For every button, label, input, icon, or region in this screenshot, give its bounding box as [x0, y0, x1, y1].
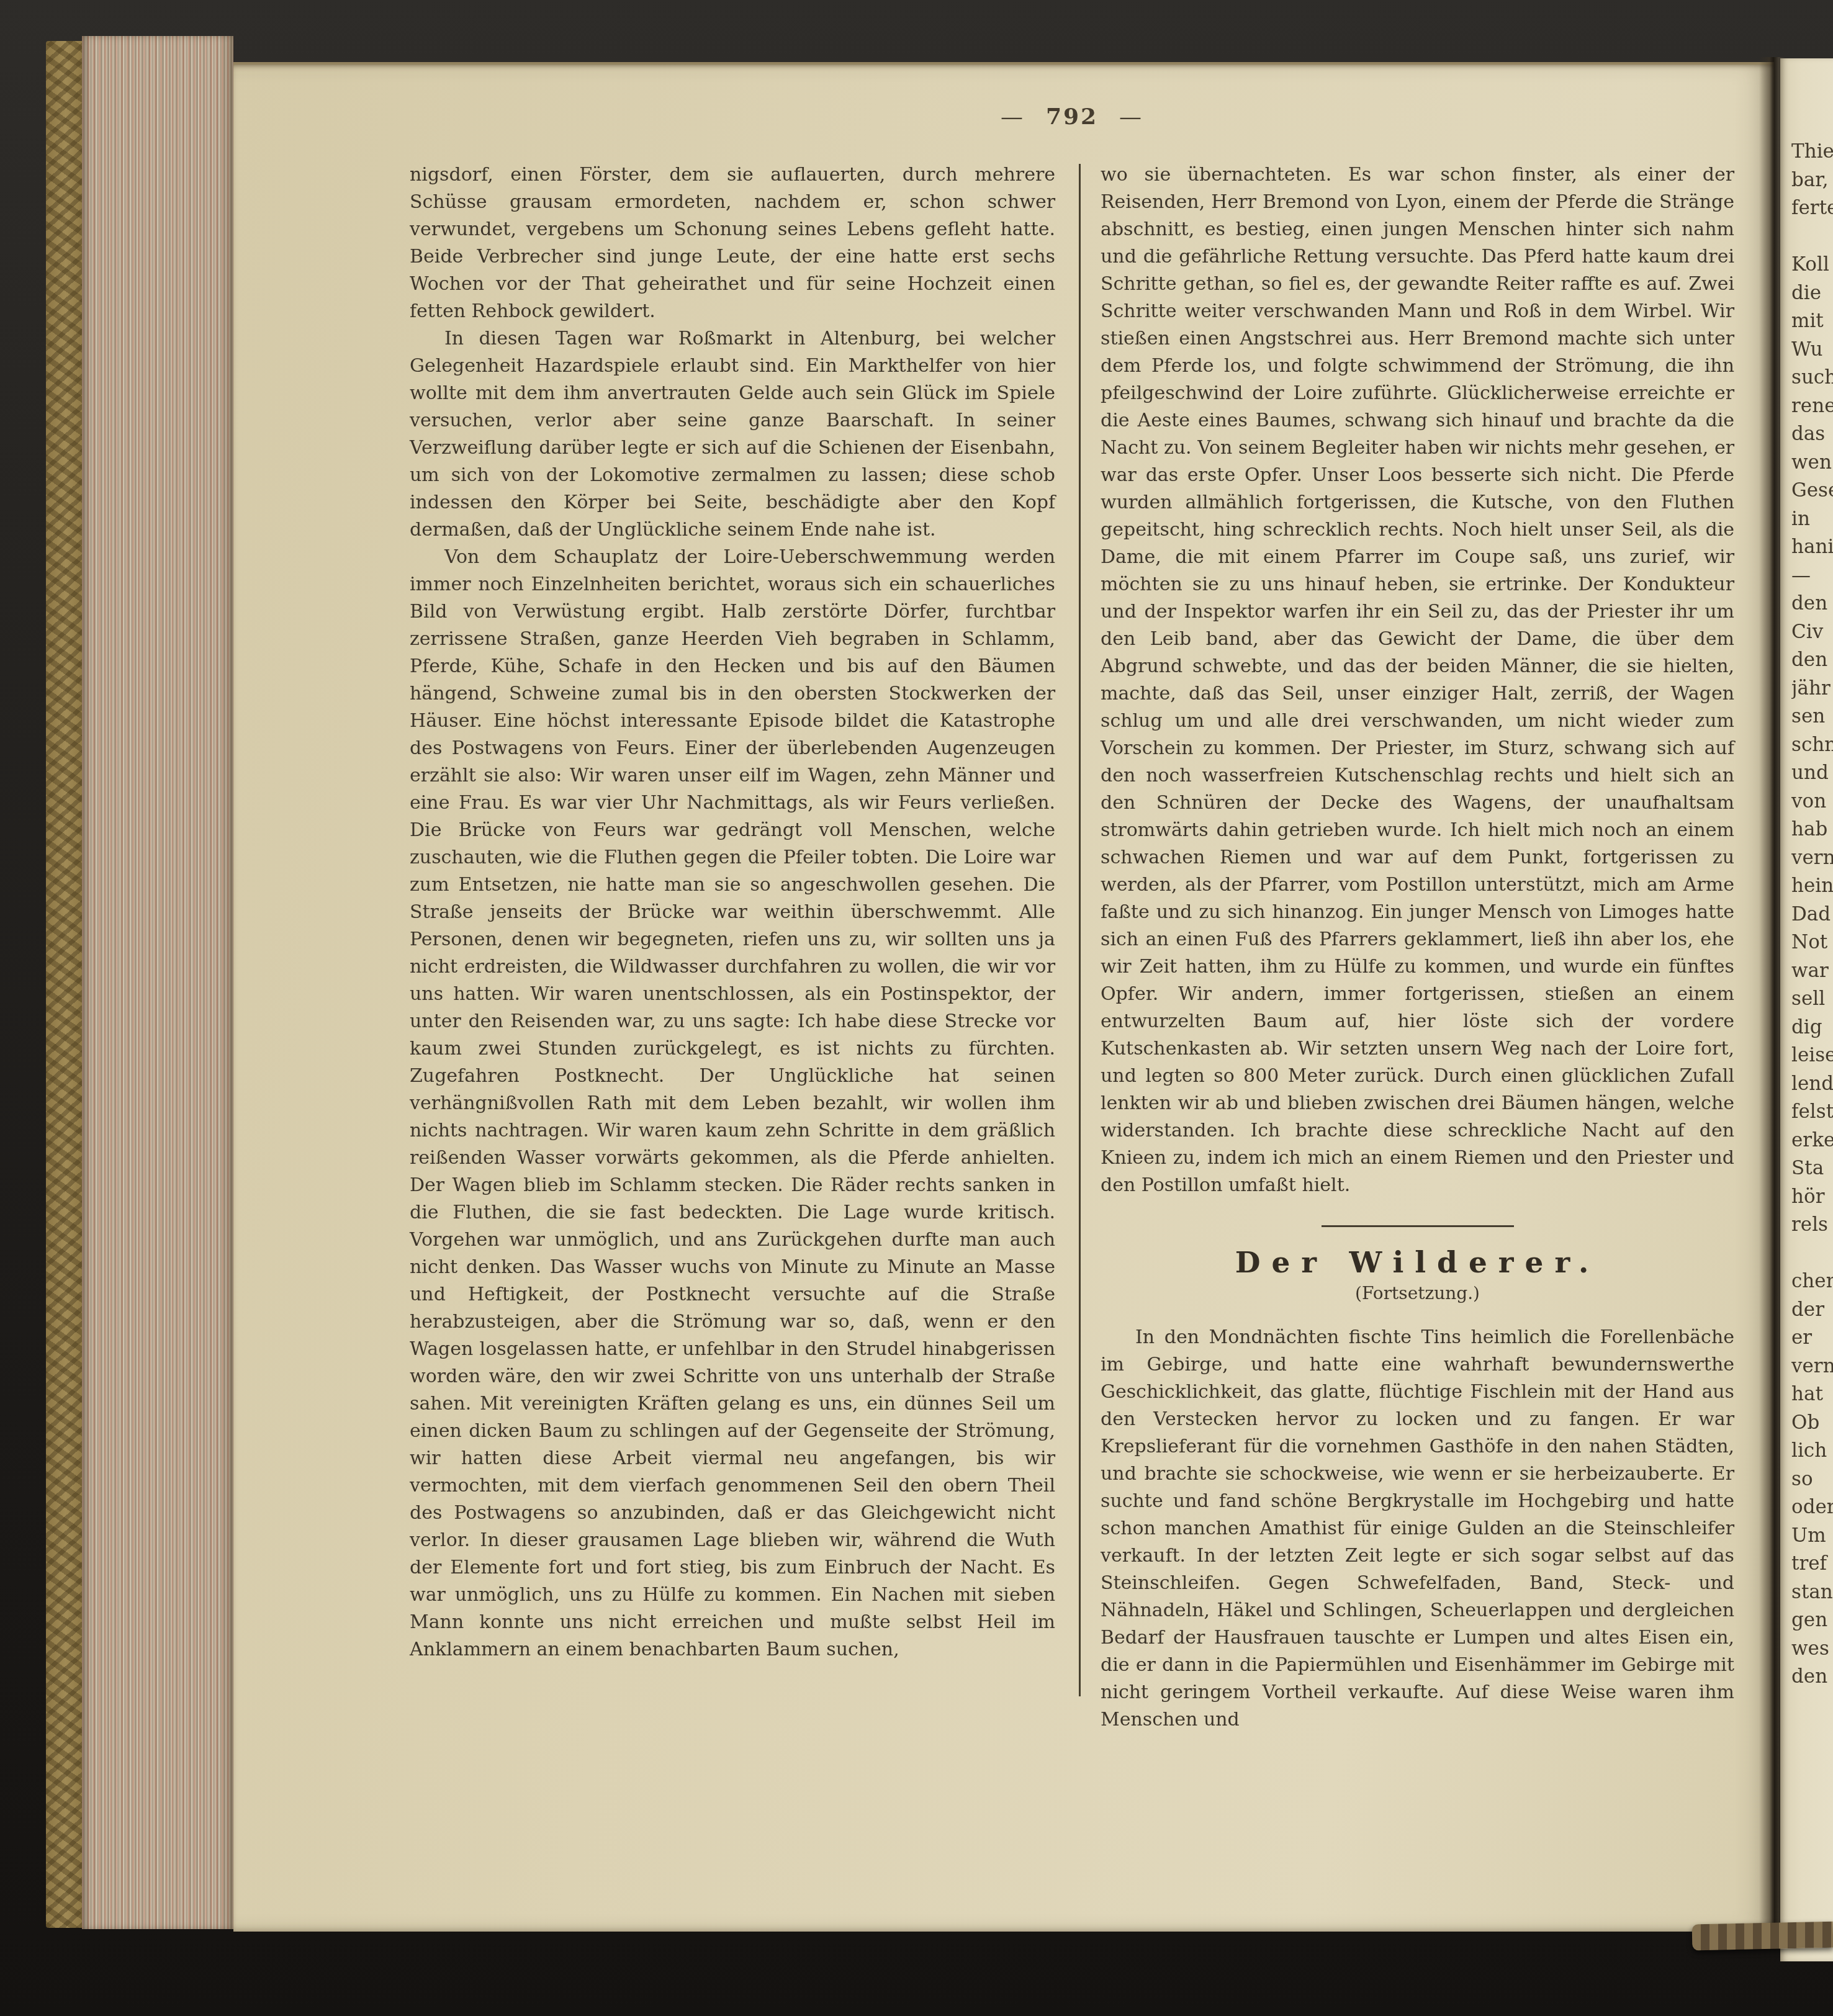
next-page-text-fragment: Um	[1791, 1522, 1833, 1550]
next-page-text-fragment: jähr	[1791, 675, 1833, 703]
next-page-text-fragment	[1791, 223, 1833, 251]
right-text-column: wo sie übernachteten. Es war schon finst…	[1101, 161, 1734, 1734]
next-page-text-fragment: vern	[1791, 844, 1833, 873]
next-page-text-fragment: war	[1791, 957, 1833, 986]
next-page-text-fragment: die	[1791, 279, 1833, 308]
next-page-text-fragment: Ob	[1791, 1409, 1833, 1438]
left-text-column: nigsdorf, einen Förster, dem sie auflaue…	[410, 161, 1055, 1734]
next-page-text-fragment: bar,	[1791, 166, 1833, 195]
next-page-text-fragment: Civ	[1791, 618, 1833, 647]
paragraph: Von dem Schauplatz der Loire-Ueberschwem…	[410, 544, 1055, 1663]
next-page-text-fragment: oder	[1791, 1493, 1833, 1522]
next-page-text-fragment: von	[1791, 788, 1833, 816]
next-page-text-fragment: hab	[1791, 816, 1833, 844]
next-page-text-fragment: Not	[1791, 929, 1833, 957]
next-page-text-fragment: Sta	[1791, 1154, 1833, 1183]
next-page-text-fragment: wen	[1791, 449, 1833, 477]
next-page-text-fragment: felst	[1791, 1098, 1833, 1127]
story-subtitle: (Fortsetzung.)	[1101, 1283, 1734, 1304]
paragraph: In diesen Tagen war Roßmarkt in Altenbur…	[410, 325, 1055, 544]
next-page-text-fragment: vern	[1791, 1352, 1833, 1381]
story-title: Der Wilderer.	[1101, 1249, 1734, 1277]
next-page-text-fragment: den	[1791, 590, 1833, 618]
next-page-text-fragment: leise	[1791, 1042, 1833, 1070]
next-page-text-fragment: dig	[1791, 1014, 1833, 1042]
header-dash-right: —	[1119, 104, 1143, 130]
next-page-text-fragment: rels	[1791, 1211, 1833, 1240]
next-page-text-fragment: und	[1791, 759, 1833, 788]
binding-headband	[1692, 1922, 1833, 1951]
next-page-text-fragments: Thiebar,ferteKolldiemitWusuchrenedaswenG…	[1780, 58, 1833, 1691]
next-page-text-fragment: gen	[1791, 1606, 1833, 1635]
header-dash-left: —	[1001, 104, 1025, 130]
next-page-text-fragment: den	[1791, 1663, 1833, 1691]
column-divider-rule	[1079, 164, 1081, 1696]
next-page-text-fragment: er	[1791, 1324, 1833, 1352]
next-page-text-fragment: —	[1791, 562, 1833, 590]
next-page-text-fragment: erke	[1791, 1127, 1833, 1155]
next-page-text-fragment	[1791, 1240, 1833, 1268]
next-page-text-fragment: so	[1791, 1465, 1833, 1494]
next-page-text-fragment: hör	[1791, 1183, 1833, 1212]
page-header: —792—	[410, 103, 1734, 130]
next-page-text-fragment: sen	[1791, 703, 1833, 731]
next-page-text-fragment: ferte	[1791, 194, 1833, 223]
next-page-text-fragment: der	[1791, 1296, 1833, 1325]
next-page-text-fragment: in	[1791, 505, 1833, 534]
next-page-text-fragment: Dad	[1791, 901, 1833, 929]
next-page-text-fragment: such	[1791, 364, 1833, 392]
next-page-text-fragment: hat	[1791, 1380, 1833, 1409]
page-stack-fore-edge	[82, 36, 233, 1929]
next-page-text-fragment: den	[1791, 646, 1833, 675]
next-page-text-fragment: sell	[1791, 985, 1833, 1014]
next-page-text-fragment: chen	[1791, 1267, 1833, 1296]
next-page-text-fragment: hein	[1791, 872, 1833, 901]
next-page-text-fragment: mit	[1791, 307, 1833, 336]
next-page-text-fragment: hani	[1791, 533, 1833, 562]
next-page-text-fragment: stan	[1791, 1578, 1833, 1607]
book-cover-edge	[46, 41, 82, 1928]
text-columns: nigsdorf, einen Förster, dem sie auflaue…	[410, 161, 1734, 1734]
book-page: —792— nigsdorf, einen Förster, dem sie a…	[233, 62, 1774, 1932]
paragraph: In den Mondnächten fischte Tins heimlich…	[1101, 1324, 1734, 1734]
next-page-text-fragment: lend	[1791, 1070, 1833, 1099]
next-page-sliver: Thiebar,ferteKolldiemitWusuchrenedaswenG…	[1780, 58, 1833, 1961]
next-page-text-fragment: Thie	[1791, 138, 1833, 166]
next-page-text-fragment: schn	[1791, 731, 1833, 760]
next-page-text-fragment: das	[1791, 420, 1833, 449]
paragraph-continuation: nigsdorf, einen Förster, dem sie auflaue…	[410, 161, 1055, 325]
next-page-text-fragment: Wu	[1791, 336, 1833, 364]
next-page-text-fragment: wes	[1791, 1635, 1833, 1663]
next-page-text-fragment: rene	[1791, 392, 1833, 421]
next-page-text-fragment: Gese	[1791, 477, 1833, 505]
next-page-text-fragment: lich	[1791, 1437, 1833, 1465]
section-divider-rule	[1322, 1225, 1514, 1227]
page-number: 792	[1046, 104, 1098, 130]
next-page-text-fragment: tref	[1791, 1550, 1833, 1578]
next-page-text-fragment: Koll	[1791, 251, 1833, 279]
paragraph-continuation: wo sie übernachteten. Es war schon finst…	[1101, 161, 1734, 1199]
